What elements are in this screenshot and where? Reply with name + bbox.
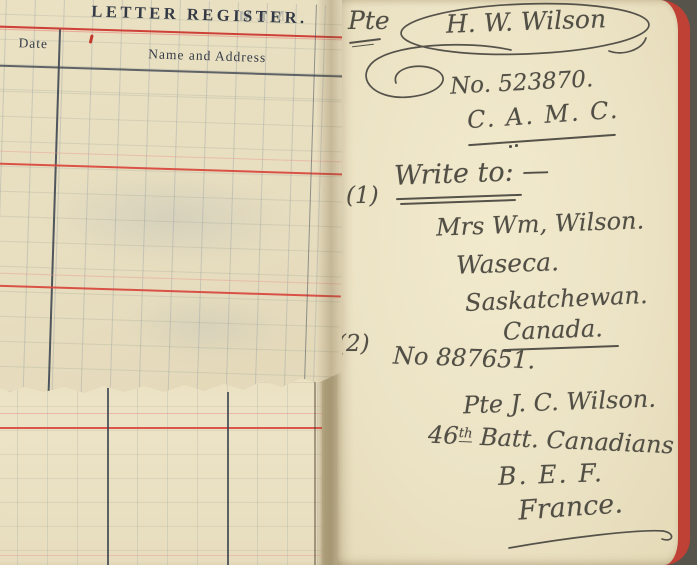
unit-underline <box>468 134 616 146</box>
letter-register-page: MEM LETTER REGISTER. Date Name and Addre… <box>0 0 342 402</box>
under-page-column-rule-1 <box>107 388 109 565</box>
notebook-scan: MEM LETTER REGISTER. Date Name and Addre… <box>0 0 697 565</box>
under-page-red-rule <box>0 427 322 429</box>
entry2-force: B. E. F. <box>498 458 605 491</box>
column-header-date: Date <box>18 35 48 52</box>
write-to-underline-2 <box>400 199 516 205</box>
rank-text: Pte <box>348 6 390 35</box>
entry1-country: Canada. <box>503 314 604 345</box>
entry2-name: Pte J. C. Wilson. <box>463 385 657 420</box>
entry1-name: Mrs Wm, Wilson. <box>436 206 645 241</box>
entry2-service-number: No 887651. <box>393 342 536 375</box>
under-page-column-rule-2 <box>227 392 229 565</box>
entry1-province: Saskatchewan. <box>464 281 648 317</box>
write-to-heading: Write to: — <box>394 155 550 191</box>
under-page-pink-rule <box>0 413 322 414</box>
entry1-town: Waseca. <box>456 247 560 280</box>
entry2-battalion: 46th Batt. Canadians <box>428 421 675 460</box>
battalion-number: 46 <box>428 421 460 450</box>
address-page: Pte H. W. Wilson No. 523870. C. A. M. C.… <box>337 0 690 565</box>
ditto-dot <box>509 145 512 148</box>
entry2-country: France. <box>517 488 624 526</box>
under-page-pink-rule-2 <box>0 555 322 556</box>
battalion-rest: Batt. Canadians <box>472 423 675 460</box>
ink-bleedthrough-smudge <box>121 289 293 364</box>
entry1-label: (1) <box>346 183 379 209</box>
ink-bleedthrough-smudge <box>44 166 297 269</box>
battalion-ordinal: th <box>458 426 472 443</box>
ditto-dot <box>515 144 518 147</box>
country-underline-flourish <box>503 522 678 558</box>
